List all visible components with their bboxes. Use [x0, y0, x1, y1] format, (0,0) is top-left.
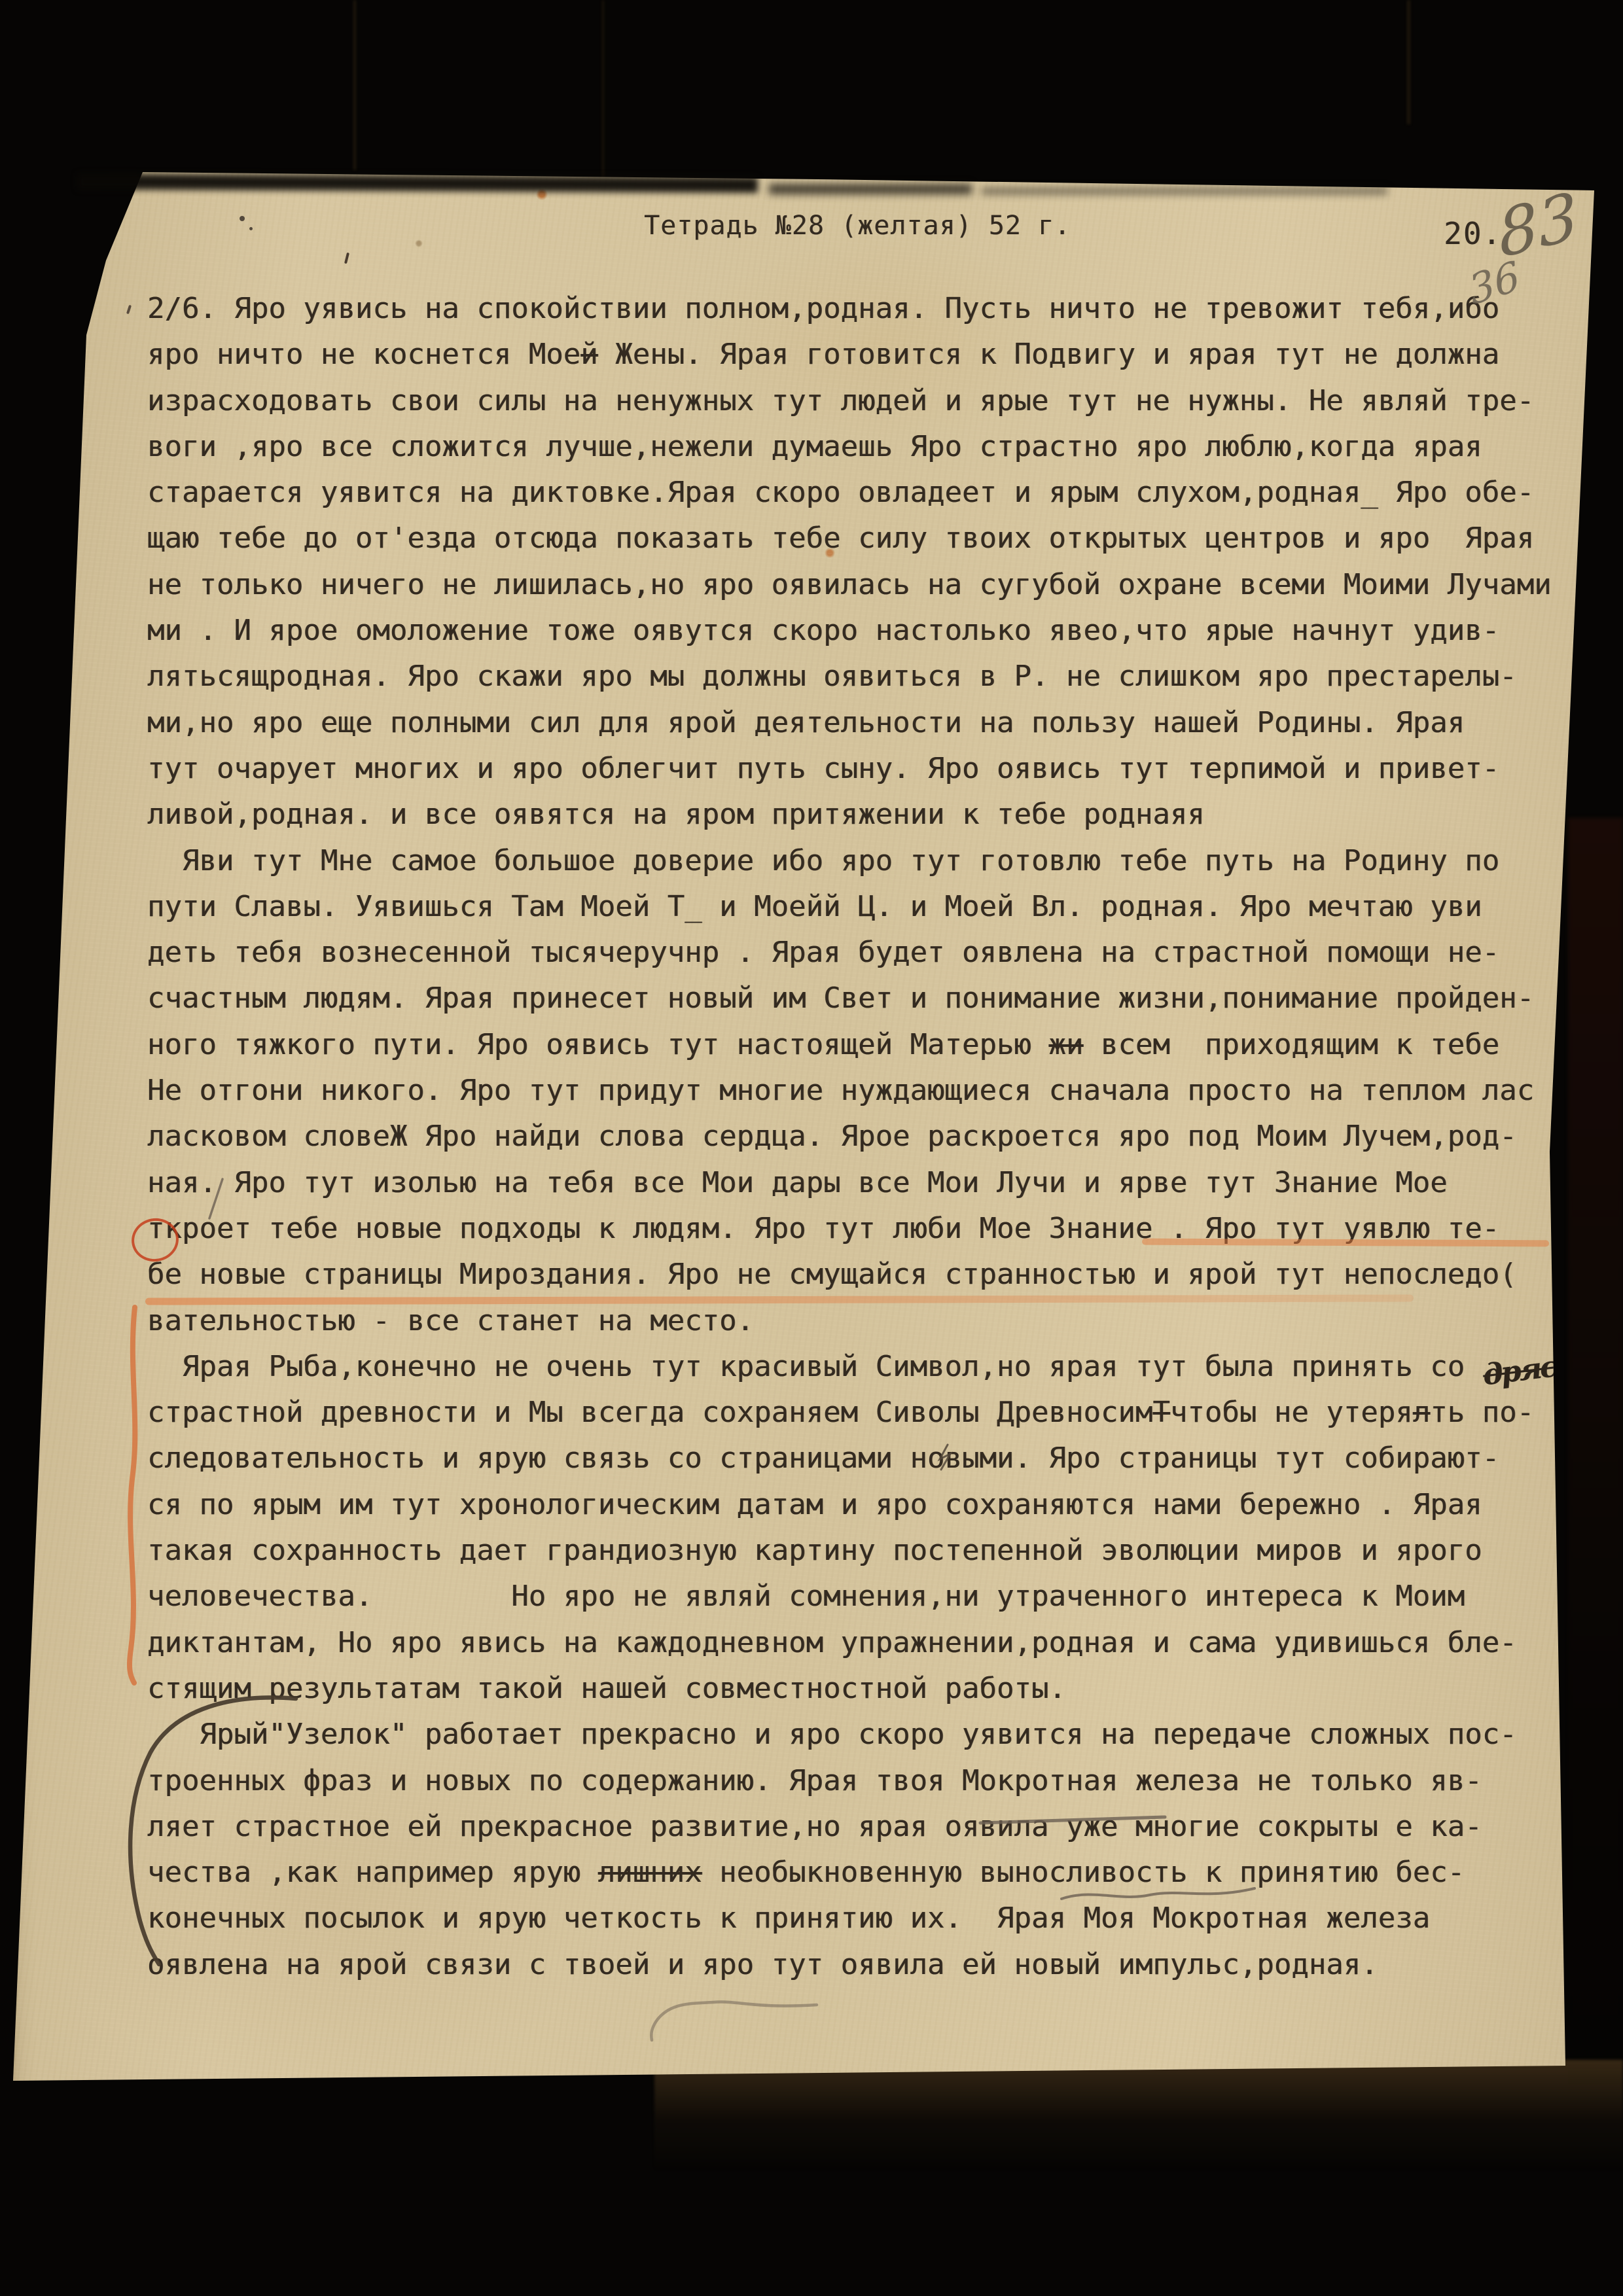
- text-line: ся по ярым им тут хронологическим датам …: [147, 1482, 1587, 1528]
- text-line: диктантам, Но яро явись на каждодневном …: [147, 1620, 1587, 1666]
- document-page: Тетрадь №28 (желтая) 52 г. 20. 2/6. Яро …: [0, 0, 1623, 2296]
- text-line: лятьсящродная. Яро скажи яро мы должны о…: [147, 654, 1587, 699]
- text-line: бе новые страницы Мироздания. Яро не сму…: [147, 1252, 1587, 1298]
- text-line: не только ничего не лишилась,но яро ояви…: [147, 562, 1587, 608]
- text-line: ляет страстное ей прекрасное развитие,но…: [147, 1804, 1587, 1850]
- text-line: стящим результатам такой нашей совместно…: [147, 1666, 1587, 1712]
- text-line: троенных фраз и новых по содержанию. Яра…: [147, 1758, 1587, 1804]
- pencil-tick-mark: [126, 305, 132, 315]
- scanner-streak: [1568, 818, 1623, 2094]
- text-line: пути Славы. Уявишься Там Моей Т_ и Моейй…: [147, 884, 1587, 930]
- under-page-shadow: [654, 2060, 1623, 2171]
- text-line: щаю тебе до от'езда отсюда показать тебе…: [147, 516, 1587, 561]
- text-line: ного тяжкого пути. Яро оявись тут настоя…: [147, 1022, 1587, 1068]
- text-line: старается уявится на диктовке.Ярая скоро…: [147, 470, 1587, 516]
- text-line: страстной древности и Мы всегда сохраняе…: [147, 1390, 1587, 1436]
- text-line: воги ,яро все сложится лучше,нежели дума…: [147, 424, 1587, 470]
- text-line: ливой,родная. и все оявятся на яром прит…: [147, 792, 1587, 838]
- ink-dot-mark: [240, 216, 245, 221]
- text-line: израсходовать свои силы на ненужных тут …: [147, 378, 1587, 424]
- page-number: 20.: [1444, 216, 1502, 251]
- text-line: вательностью - все станет на место.: [147, 1298, 1587, 1344]
- text-line: Не отгони никого. Яро тут придут многие …: [147, 1068, 1587, 1114]
- text-line: такая сохранность дает грандиозную карти…: [147, 1528, 1587, 1574]
- ink-dot-mark: [249, 227, 253, 230]
- text-line: яро ничто не коснется Моей Жены. Ярая го…: [147, 332, 1587, 378]
- text-line: тут очарует многих и яро облегчит путь с…: [147, 746, 1587, 792]
- text-line: ласковом словеЖ Яро найди слова сердца. …: [147, 1114, 1587, 1159]
- scanner-streak: [353, 0, 356, 170]
- notebook-title: Тетрадь №28 (желтая) 52 г.: [644, 211, 1071, 241]
- scan-background: Тетрадь №28 (желтая) 52 г. 20. 2/6. Яро …: [0, 0, 1623, 2296]
- text-line: Ярая Рыба,конечно не очень тут красивый …: [147, 1344, 1587, 1390]
- text-line: ми,но яро еще полными сил для ярой деяте…: [147, 700, 1587, 746]
- typewritten-text: 2/6. Яро уявись на спокойствии полном,ро…: [147, 286, 1587, 1988]
- scanner-streak: [1407, 0, 1410, 124]
- text-line: ная. Яро тут изолью на тебя все Мои дары…: [147, 1160, 1587, 1206]
- text-line: оявлена на ярой связи с твоей и яро тут …: [147, 1942, 1587, 1988]
- text-line: следовательность и ярую связь со страниц…: [147, 1436, 1587, 1481]
- text-line: чества ,как например ярую лишних необыкн…: [147, 1850, 1587, 1896]
- text-line: счастным людям. Ярая принесет новый им С…: [147, 976, 1587, 1021]
- text-line: человечества. Но яро не являй сомнения,н…: [147, 1574, 1587, 1619]
- scanner-streak: [602, 0, 604, 196]
- text-line: 2/6. Яро уявись на спокойствии полном,ро…: [147, 286, 1587, 332]
- text-line: деть тебя вознесенной тысячеручнр . Ярая…: [147, 930, 1587, 976]
- text-line: Яви тут Мне самое большое доверие ибо яр…: [147, 838, 1587, 884]
- text-line: Ярый"Узелок" работает прекрасно и яро ск…: [147, 1712, 1587, 1757]
- text-line: конечных посылок и ярую четкость к приня…: [147, 1896, 1587, 1941]
- text-line: ми . И ярое омоложение тоже оявутся скор…: [147, 608, 1587, 654]
- apostrophe-mark: [344, 253, 349, 264]
